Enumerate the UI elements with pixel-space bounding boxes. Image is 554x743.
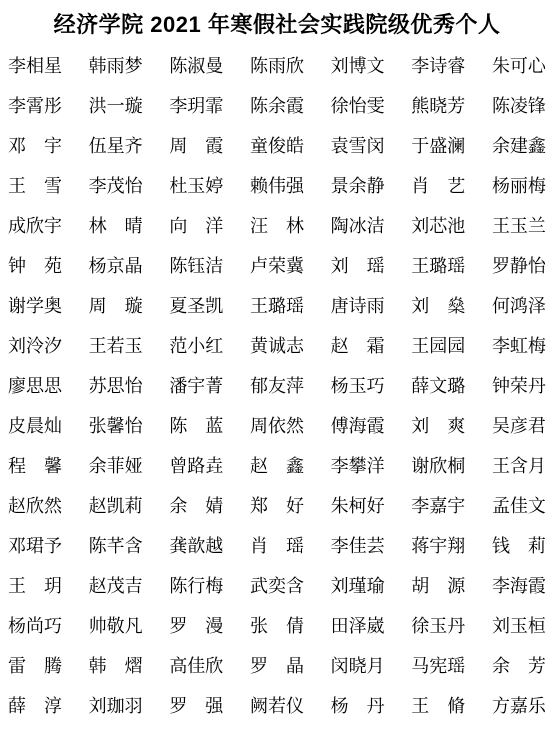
person-name: 伍星齐 xyxy=(89,126,143,166)
person-name: 雷 腾 xyxy=(8,646,62,686)
person-name: 刘珈羽 xyxy=(89,686,143,726)
person-name: 罗 漫 xyxy=(169,606,223,646)
person-name: 胡 源 xyxy=(411,566,465,606)
person-name: 谢欣桐 xyxy=(411,446,465,486)
person-name: 赵欣然 xyxy=(8,486,62,526)
name-row: 谢学奥周 璇夏圣凯王璐瑶唐诗雨刘 燊何鸿泽 xyxy=(8,286,546,326)
person-name: 唐诗雨 xyxy=(331,286,385,326)
person-name: 马宪瑶 xyxy=(411,646,465,686)
person-name: 杜玉婷 xyxy=(169,166,223,206)
person-name: 阙若仪 xyxy=(250,686,304,726)
person-name: 郑 好 xyxy=(250,486,304,526)
person-name: 邓 宇 xyxy=(8,126,62,166)
person-name: 杨 丹 xyxy=(331,686,385,726)
person-name: 卢荣冀 xyxy=(250,246,304,286)
name-row: 钟 苑杨京晶陈钰洁卢荣冀刘 瑶王璐瑶罗静怡 xyxy=(8,246,546,286)
person-name: 邓珺予 xyxy=(8,526,62,566)
person-name: 李霄彤 xyxy=(8,86,62,126)
person-name: 刘 爽 xyxy=(411,406,465,446)
person-name: 王园园 xyxy=(411,326,465,366)
person-name: 田泽崴 xyxy=(331,606,385,646)
person-name: 潘宇菁 xyxy=(169,366,223,406)
person-name: 陈芊含 xyxy=(89,526,143,566)
person-name: 向 洋 xyxy=(169,206,223,246)
person-name: 韩 熠 xyxy=(89,646,143,686)
person-name: 吴彦君 xyxy=(492,406,546,446)
person-name: 王 玥 xyxy=(8,566,62,606)
person-name: 方嘉乐 xyxy=(492,686,546,726)
person-name: 钱 莉 xyxy=(492,526,546,566)
person-name: 李玥霏 xyxy=(169,86,223,126)
person-name: 周 璇 xyxy=(89,286,143,326)
person-name: 杨京晶 xyxy=(89,246,143,286)
person-name: 杨丽梅 xyxy=(492,166,546,206)
person-name: 刘 瑶 xyxy=(331,246,385,286)
person-name: 韩雨梦 xyxy=(89,46,143,86)
person-name: 李茂怡 xyxy=(89,166,143,206)
person-name: 李佳芸 xyxy=(331,526,385,566)
person-name: 赵凯莉 xyxy=(89,486,143,526)
person-name: 高佳欣 xyxy=(169,646,223,686)
person-name: 范小红 xyxy=(169,326,223,366)
person-name: 谢学奥 xyxy=(8,286,62,326)
name-row: 邓 宇伍星齐周 霞童俊皓袁雪闵于盛澜余建鑫 xyxy=(8,126,546,166)
person-name: 王玉兰 xyxy=(492,206,546,246)
person-name: 景余静 xyxy=(331,166,385,206)
person-name: 朱可心 xyxy=(492,46,546,86)
person-name: 刘博文 xyxy=(331,46,385,86)
person-name: 王 雪 xyxy=(8,166,62,206)
person-name: 陈 蓝 xyxy=(169,406,223,446)
name-row: 薛 淳刘珈羽罗 强阙若仪杨 丹王 脩方嘉乐 xyxy=(8,686,546,726)
person-name: 刘 燊 xyxy=(411,286,465,326)
person-name: 薛文璐 xyxy=(411,366,465,406)
person-name: 赵 鑫 xyxy=(250,446,304,486)
person-name: 杨玉巧 xyxy=(331,366,385,406)
person-name: 廖思思 xyxy=(8,366,62,406)
name-row: 李霄彤洪一璇李玥霏陈余霞徐怡雯熊晓芳陈凌锋 xyxy=(8,86,546,126)
name-row: 赵欣然赵凯莉余 婧郑 好朱柯好李嘉宇孟佳文 xyxy=(8,486,546,526)
person-name: 袁雪闵 xyxy=(331,126,385,166)
person-name: 郁友萍 xyxy=(250,366,304,406)
person-name: 陈淑曼 xyxy=(169,46,223,86)
person-name: 李虹梅 xyxy=(492,326,546,366)
person-name: 余建鑫 xyxy=(492,126,546,166)
person-name: 罗静怡 xyxy=(492,246,546,286)
person-name: 王璐瑶 xyxy=(411,246,465,286)
person-name: 肖 艺 xyxy=(411,166,465,206)
person-name: 罗 强 xyxy=(169,686,223,726)
person-name: 帅敬凡 xyxy=(89,606,143,646)
name-row: 王 玥赵茂吉陈行梅武奕含刘瑾瑜胡 源李海霞 xyxy=(8,566,546,606)
person-name: 钟 苑 xyxy=(8,246,62,286)
person-name: 林 晴 xyxy=(89,206,143,246)
person-name: 周 霞 xyxy=(169,126,223,166)
person-name: 李相星 xyxy=(8,46,62,86)
person-name: 黄诚志 xyxy=(250,326,304,366)
person-name: 余菲娅 xyxy=(89,446,143,486)
person-name: 杨尚巧 xyxy=(8,606,62,646)
person-name: 李诗睿 xyxy=(411,46,465,86)
person-name: 蒋宇翔 xyxy=(411,526,465,566)
person-name: 徐怡雯 xyxy=(331,86,385,126)
person-name: 武奕含 xyxy=(250,566,304,606)
person-name: 赖伟强 xyxy=(250,166,304,206)
person-name: 刘瑾瑜 xyxy=(331,566,385,606)
name-row: 邓珺予陈芊含龚歆越肖 瑶李佳芸蒋宇翔钱 莉 xyxy=(8,526,546,566)
person-name: 肖 瑶 xyxy=(250,526,304,566)
person-name: 王若玉 xyxy=(89,326,143,366)
name-row: 廖思思苏思怡潘宇菁郁友萍杨玉巧薛文璐钟荣丹 xyxy=(8,366,546,406)
name-row: 杨尚巧帅敬凡罗 漫张 倩田泽崴徐玉丹刘玉桓 xyxy=(8,606,546,646)
person-name: 赵茂吉 xyxy=(89,566,143,606)
person-name: 王含月 xyxy=(492,446,546,486)
person-name: 陈凌锋 xyxy=(492,86,546,126)
person-name: 周依然 xyxy=(250,406,304,446)
person-name: 陈行梅 xyxy=(169,566,223,606)
person-name: 陈余霞 xyxy=(250,86,304,126)
person-name: 童俊皓 xyxy=(250,126,304,166)
name-row: 皮晨灿张馨怡陈 蓝周依然傅海霞刘 爽吴彦君 xyxy=(8,406,546,446)
person-name: 程 馨 xyxy=(8,446,62,486)
document-page: 经济学院 2021 年寒假社会实践院级优秀个人 李相星韩雨梦陈淑曼陈雨欣刘博文李… xyxy=(0,0,554,743)
person-name: 王璐瑶 xyxy=(250,286,304,326)
person-name: 刘泠汐 xyxy=(8,326,62,366)
person-name: 余 婧 xyxy=(169,486,223,526)
name-row: 雷 腾韩 熠高佳欣罗 晶闵晓月马宪瑶余 芳 xyxy=(8,646,546,686)
person-name: 刘玉桓 xyxy=(492,606,546,646)
person-name: 成欣宇 xyxy=(8,206,62,246)
person-name: 赵 霜 xyxy=(331,326,385,366)
person-name: 何鸿泽 xyxy=(492,286,546,326)
person-name: 刘芯池 xyxy=(411,206,465,246)
person-name: 李攀洋 xyxy=(331,446,385,486)
person-name: 曾路垚 xyxy=(169,446,223,486)
person-name: 龚歆越 xyxy=(169,526,223,566)
person-name: 罗 晶 xyxy=(250,646,304,686)
person-name: 熊晓芳 xyxy=(411,86,465,126)
person-name: 王 脩 xyxy=(411,686,465,726)
person-name: 李海霞 xyxy=(492,566,546,606)
person-name: 皮晨灿 xyxy=(8,406,62,446)
person-name: 陈钰洁 xyxy=(169,246,223,286)
person-name: 朱柯好 xyxy=(331,486,385,526)
person-name: 李嘉宇 xyxy=(411,486,465,526)
person-name: 陶冰洁 xyxy=(331,206,385,246)
person-name: 张馨怡 xyxy=(89,406,143,446)
person-name: 钟荣丹 xyxy=(492,366,546,406)
person-name: 闵晓月 xyxy=(331,646,385,686)
person-name: 夏圣凯 xyxy=(169,286,223,326)
name-row: 成欣宇林 晴向 洋汪 林陶冰洁刘芯池王玉兰 xyxy=(8,206,546,246)
person-name: 孟佳文 xyxy=(492,486,546,526)
person-name: 傅海霞 xyxy=(331,406,385,446)
name-row: 刘泠汐王若玉范小红黄诚志赵 霜王园园李虹梅 xyxy=(8,326,546,366)
page-title: 经济学院 2021 年寒假社会实践院级优秀个人 xyxy=(0,0,554,40)
name-row: 王 雪李茂怡杜玉婷赖伟强景余静肖 艺杨丽梅 xyxy=(8,166,546,206)
person-name: 于盛澜 xyxy=(411,126,465,166)
name-grid: 李相星韩雨梦陈淑曼陈雨欣刘博文李诗睿朱可心李霄彤洪一璇李玥霏陈余霞徐怡雯熊晓芳陈… xyxy=(0,40,554,726)
name-row: 李相星韩雨梦陈淑曼陈雨欣刘博文李诗睿朱可心 xyxy=(8,46,546,86)
person-name: 汪 林 xyxy=(250,206,304,246)
person-name: 张 倩 xyxy=(250,606,304,646)
person-name: 苏思怡 xyxy=(89,366,143,406)
person-name: 薛 淳 xyxy=(8,686,62,726)
person-name: 余 芳 xyxy=(492,646,546,686)
name-row: 程 馨余菲娅曾路垚赵 鑫李攀洋谢欣桐王含月 xyxy=(8,446,546,486)
person-name: 陈雨欣 xyxy=(250,46,304,86)
person-name: 徐玉丹 xyxy=(411,606,465,646)
person-name: 洪一璇 xyxy=(89,86,143,126)
